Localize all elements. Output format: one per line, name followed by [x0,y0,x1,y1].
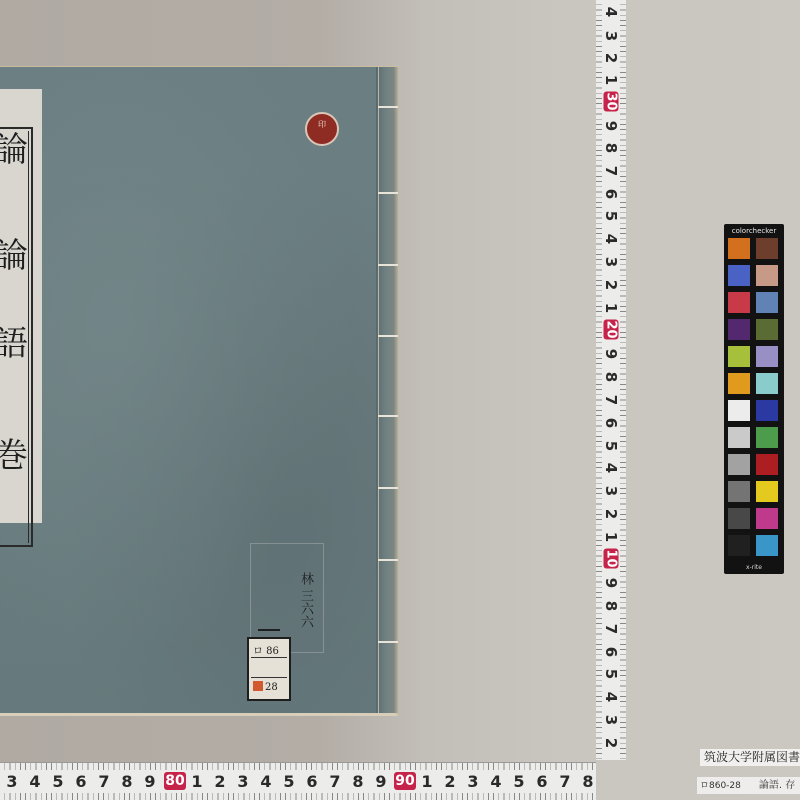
ruler-label: 8 [602,597,620,615]
color-patch [728,373,750,394]
checker-grid [728,238,780,556]
ruler-label: 8 [602,368,620,386]
color-patch [756,238,778,259]
ruler-label: 3 [602,253,620,271]
ruler-label: 4 [602,3,620,21]
ruler-label: 80 [164,772,186,790]
color-patch [728,427,750,448]
binding-stitch [378,487,398,489]
ruler-label: 5 [602,437,620,455]
call-number: ロ860-28 [700,781,741,791]
color-patch [756,400,778,421]
ruler-label: 5 [279,772,299,791]
binding-stitch [378,192,398,194]
ruler-label: 6 [71,772,91,791]
color-patch [728,265,750,286]
checker-brand: colorchecker [724,227,784,235]
ruler-label: 2 [602,734,620,752]
color-patch [756,373,778,394]
color-patch [756,454,778,475]
ruler-label: 7 [325,772,345,791]
color-patch [756,292,778,313]
library-seal: 印 [305,112,339,146]
ruler-label: 10 [604,549,619,569]
photo-background: 論 論 語 巻 印 林 三六六 ロ 86 28 4321309876543212… [0,0,800,800]
title-char: 論 [0,133,30,167]
binding-stitch [378,641,398,643]
binding-stitch [378,106,398,108]
ruler-label: 1 [602,528,620,546]
ruler-label: 5 [509,772,529,791]
color-patch [728,535,750,556]
color-patch [728,481,750,502]
item-title: 論語. 存 [759,780,795,791]
ruler-label: 6 [602,185,620,203]
binding-edge [376,67,398,713]
color-patch [756,265,778,286]
ruler-label: 2 [602,276,620,294]
ruler-label: 3 [602,27,620,45]
color-patch [728,292,750,313]
item-id-label: ロ860-28論語. 存 [697,777,800,794]
ruler-label: 1 [417,772,437,791]
ruler-label: 8 [602,139,620,157]
ruler-label: 4 [602,459,620,477]
ruler-label: 4 [256,772,276,791]
ruler-label: 4 [602,688,620,706]
color-patch [728,238,750,259]
ruler-label: 9 [602,345,620,363]
color-patch [728,508,750,529]
title-char: 論 [0,239,30,273]
call-label-row [251,659,287,678]
binding-stitch [378,335,398,337]
ruler-label: 2 [440,772,460,791]
ruler-label: 8 [348,772,368,791]
ruler-label: 5 [602,207,620,225]
ruler-label: 7 [555,772,575,791]
binding-stitch [378,559,398,561]
ruler-label: 30 [604,92,619,112]
ruler-label: 1 [187,772,207,791]
ruler-label: 4 [602,230,620,248]
ruler-label: 1 [602,299,620,317]
title-slip: 論 論 語 巻 [0,89,42,523]
ruler-label: 8 [117,772,137,791]
ink-dash-mark [258,629,280,631]
color-patch [756,427,778,448]
ruler-label: 7 [94,772,114,791]
ruler-label: 6 [532,772,552,791]
vertical-ruler: 432130987654321209876543211098765432 [596,0,626,760]
color-patch [756,508,778,529]
ruler-label: 9 [602,117,620,135]
ruler-label: 7 [602,391,620,409]
color-patch [728,346,750,367]
ruler-label: 7 [602,162,620,180]
horizontal-ruler: 3456789801234567899012345678 [0,762,596,800]
stitch-line [378,67,379,713]
ruler-label: 3 [602,711,620,729]
ruler-label: 5 [602,665,620,683]
binding-stitch [378,264,398,266]
ruler-label: 4 [486,772,506,791]
color-patch [756,346,778,367]
ruler-label: 6 [302,772,322,791]
ruler-label: 5 [48,772,68,791]
color-patch [728,454,750,475]
binding-stitch [378,415,398,417]
ruler-label: 9 [140,772,160,791]
color-patch [756,319,778,340]
ruler-label: 20 [604,320,619,340]
ruler-label: 3 [463,772,483,791]
ruler-label: 9 [371,772,391,791]
color-patch [728,400,750,421]
ruler-label: 90 [394,772,416,790]
ruler-label: 3 [2,772,22,791]
xrite-logo: x-rite [724,564,784,571]
color-patch [756,481,778,502]
call-label-row: 28 [251,679,287,698]
ruler-label: 2 [210,772,230,791]
ruler-label: 3 [233,772,253,791]
ruler-label: 2 [602,49,620,67]
call-number-label: ロ 86 28 [247,637,291,701]
ruler-label: 2 [602,505,620,523]
color-patch [728,319,750,340]
ruler-label: 8 [578,772,598,791]
ruler-label: 1 [602,71,620,89]
ruler-label: 6 [602,643,620,661]
call-label-row: ロ 86 [251,639,287,658]
color-patch [756,535,778,556]
ruler-label: 6 [602,414,620,432]
library-name-label: 筑波大学附属図書館 [700,749,800,766]
color-checker: colorchecker x-rite [724,224,784,574]
ruler-label: 4 [25,772,45,791]
handwritten-note: 林 三六六 [298,572,312,628]
title-char: 巻 [0,439,30,473]
ruler-label: 7 [602,620,620,638]
ruler-label: 3 [602,482,620,500]
book-cover: 論 論 語 巻 印 林 三六六 ロ 86 28 [0,66,398,716]
title-char: 語 [0,327,30,361]
ruler-label: 9 [602,574,620,592]
